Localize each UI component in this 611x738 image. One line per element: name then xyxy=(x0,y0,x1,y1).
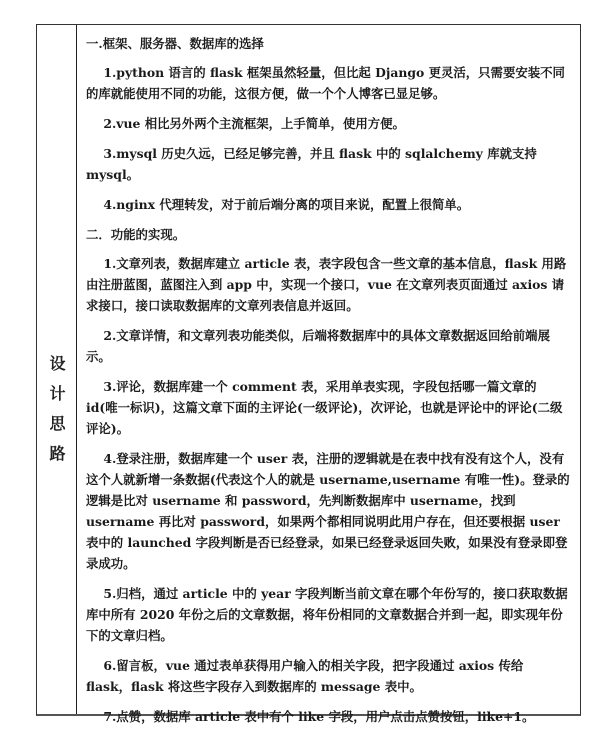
section-heading: 二．功能的实现。 xyxy=(86,224,570,245)
paragraph: 2.vue 相比另外两个主流框架，上手简单，使用方便。 xyxy=(86,113,570,134)
row-label: 设计思路 xyxy=(45,355,68,475)
paragraph: 3.评论，数据库建一个 comment 表，采用单表实现，字段包括哪一篇文章的 … xyxy=(86,376,570,439)
paragraph: 2.文章详情，和文章列表功能类似，后端将数据库中的具体文章数据返回给前端展示。 xyxy=(86,325,570,367)
paragraph: 6.留言板，vue 通过表单获得用户输入的相关字段，把字段通过 axios 传给… xyxy=(86,655,570,697)
design-table: 设计思路 一.框架、服务器、数据库的选择 1.python 语言的 flask … xyxy=(36,24,581,716)
paragraph: 7.点赞，数据库 article 表中有个 like 字段，用户点击点赞按钮，l… xyxy=(86,706,570,727)
content-cell: 一.框架、服务器、数据库的选择 1.python 语言的 flask 框架虽然轻… xyxy=(77,25,580,714)
paragraph: 3.mysql 历史久远，已经足够完善，并且 flask 中的 sqlalche… xyxy=(86,143,570,185)
label-cell: 设计思路 xyxy=(37,25,77,714)
paragraph: 1.文章列表，数据库建立 article 表，表字段包含一些文章的基本信息，fl… xyxy=(86,253,570,316)
paragraph: 4.nginx 代理转发，对于前后端分离的项目来说，配置上很简单。 xyxy=(86,194,570,215)
paragraph: 1.python 语言的 flask 框架虽然轻量，但比起 Django 更灵活… xyxy=(86,62,570,104)
paragraph: 5.归档，通过 article 中的 year 字段判断当前文章在哪个年份写的，… xyxy=(86,583,570,646)
section-heading: 一.框架、服务器、数据库的选择 xyxy=(86,33,570,54)
paragraph: 4.登录注册，数据库建一个 user 表，注册的逻辑就是在表中找有没有这个人，没… xyxy=(86,448,570,574)
